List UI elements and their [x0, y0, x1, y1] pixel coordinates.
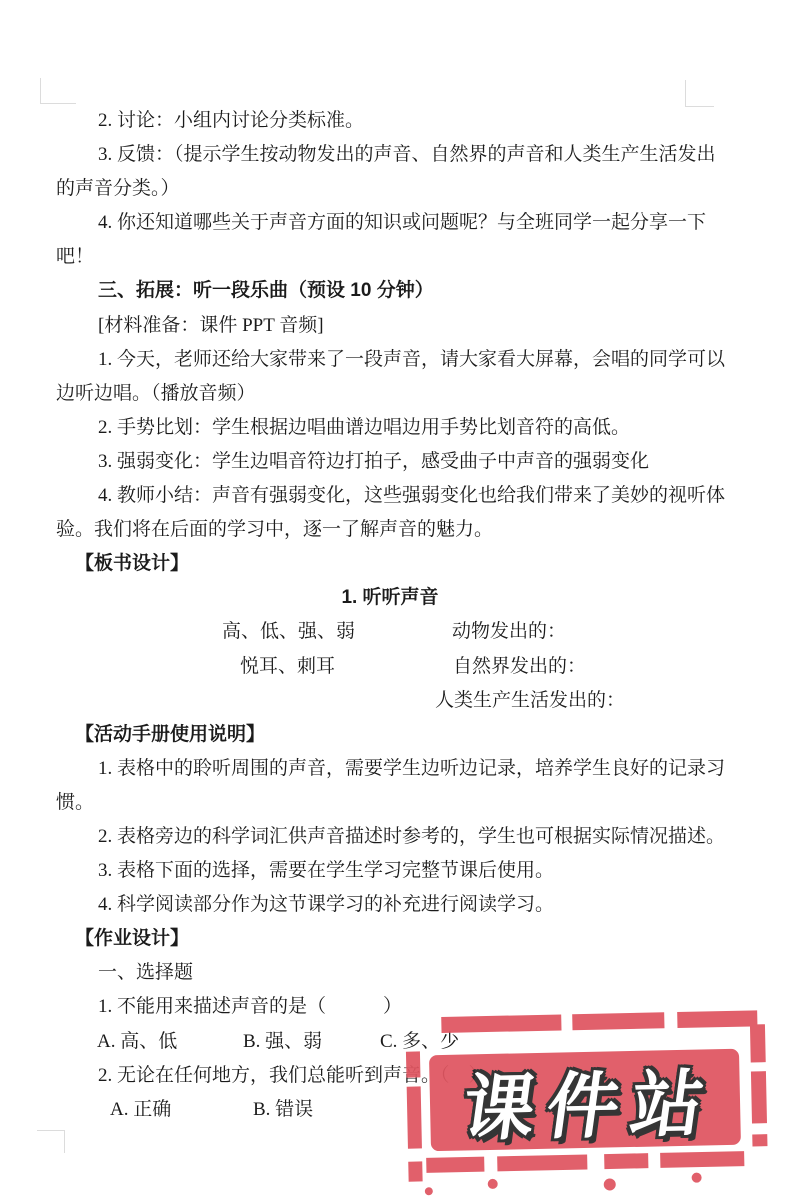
- crop-mark-bottom-left: [37, 1130, 65, 1153]
- text-segment: 2. 表格旁边的科学词汇供声音描述时参考的，学生也可根据实际情况描述。: [98, 826, 725, 847]
- text-line: 2. 表格旁边的科学词汇供声音描述时参考的，学生也可根据实际情况描述。: [56, 820, 724, 854]
- text-segment: 悦耳、刺耳: [240, 650, 335, 684]
- text-segment: 2. 讨论：小组内讨论分类标准。: [98, 110, 364, 131]
- text-segment: [材料准备：课件 PPT 音频]: [98, 315, 324, 336]
- text-segment: 【活动手册使用说明】: [75, 724, 265, 745]
- text-line: 三、拓展：听一段乐曲（预设 10 分钟）: [56, 274, 724, 308]
- crop-mark-top-right: [685, 80, 714, 107]
- text-segment: 验。我们将在后面的学习中，逐一了解声音的魅力。: [56, 519, 493, 540]
- text-segment: 1. 今天，老师还给大家带来了一段声音，请大家看大屏幕，会唱的同学可以: [98, 349, 725, 370]
- text-segment: 一、选择题: [98, 962, 193, 983]
- text-segment: 1. 听听声音: [341, 587, 438, 608]
- text-line: 4. 科学阅读部分作为这节课学习的补充进行阅读学习。: [56, 888, 724, 922]
- text-segment: 边听边唱。（播放音频）: [56, 383, 256, 404]
- text-line: 一、选择题: [56, 956, 724, 990]
- text-line: 2. 手势比划：学生根据边唱曲谱边唱边用手势比划音符的高低。: [56, 411, 724, 445]
- text-segment: 4. 教师小结：声音有强弱变化，这些强弱变化也给我们带来了美妙的视听体: [98, 485, 725, 506]
- text-line: 高、低、强、弱动物发出的：: [56, 615, 724, 649]
- text-segment: 动物发出的：: [452, 615, 566, 649]
- text-segment: 3. 强弱变化：学生边唱音符边打拍子，感受曲子中声音的强弱变化: [98, 451, 649, 472]
- text-line: 悦耳、刺耳自然界发出的：: [56, 650, 724, 684]
- text-segment: 4. 你还知道哪些关于声音方面的知识或问题呢？与全班同学一起分享一下: [98, 212, 706, 233]
- text-segment: 4. 科学阅读部分作为这节课学习的补充进行阅读学习。: [98, 894, 554, 915]
- text-segment: B. 错误: [253, 1093, 313, 1127]
- text-segment: 自然界发出的：: [453, 650, 586, 684]
- text-line: 【作业设计】: [56, 922, 724, 956]
- text-line: 惯。: [56, 786, 724, 820]
- text-line: 4. 教师小结：声音有强弱变化，这些强弱变化也给我们带来了美妙的视听体: [56, 479, 724, 513]
- text-segment: 1. 表格中的聆听周围的声音，需要学生边听边记录，培养学生良好的记录习: [98, 758, 725, 779]
- text-line: 1. 听听声音: [56, 581, 724, 615]
- text-line: 的声音分类。）: [56, 172, 724, 206]
- text-segment: A. 高、低: [97, 1025, 177, 1059]
- text-line: 人类生产生活发出的：: [56, 684, 724, 718]
- watermark-text: 课件站: [423, 1049, 746, 1152]
- text-segment: 的声音分类。）: [56, 178, 180, 199]
- text-segment: 3. 表格下面的选择，需要在学生学习完整节课后使用。: [98, 860, 554, 881]
- document-page: { "page": {"background": "#ffffff", "cro…: [0, 0, 800, 1200]
- text-line: 3. 表格下面的选择，需要在学生学习完整节课后使用。: [56, 854, 724, 888]
- watermark-stamp: 课件站: [393, 1004, 775, 1198]
- text-segment: 惯。: [56, 792, 94, 813]
- text-segment: 3. 反馈：（提示学生按动物发出的声音、自然界的声音和人类生产生活发出: [98, 144, 716, 165]
- text-line: 4. 你还知道哪些关于声音方面的知识或问题呢？与全班同学一起分享一下: [56, 206, 724, 240]
- text-segment: B. 强、弱: [243, 1025, 322, 1059]
- text-line: [材料准备：课件 PPT 音频]: [56, 309, 724, 343]
- text-line: 吧！: [56, 240, 724, 274]
- text-segment: 高、低、强、弱: [222, 615, 355, 649]
- text-line: 验。我们将在后面的学习中，逐一了解声音的魅力。: [56, 513, 724, 547]
- text-segment: 2. 手势比划：学生根据边唱曲谱边唱边用手势比划音符的高低。: [98, 417, 630, 438]
- document-body: 2. 讨论：小组内讨论分类标准。3. 反馈：（提示学生按动物发出的声音、自然界的…: [56, 104, 724, 1127]
- text-segment: 1. 不能用来描述声音的是（ ）: [98, 996, 402, 1017]
- text-segment: 吧！: [56, 246, 94, 267]
- text-segment: 三、拓展：听一段乐曲（预设 10 分钟）: [98, 280, 434, 301]
- text-line: 3. 反馈：（提示学生按动物发出的声音、自然界的声音和人类生产生活发出: [56, 138, 724, 172]
- text-segment: 【作业设计】: [75, 928, 189, 949]
- crop-mark-top-left: [40, 78, 76, 104]
- text-segment: 人类生产生活发出的：: [435, 684, 625, 718]
- text-line: 【活动手册使用说明】: [56, 718, 724, 752]
- text-line: 1. 表格中的聆听周围的声音，需要学生边听边记录，培养学生良好的记录习: [56, 752, 724, 786]
- text-line: 1. 今天，老师还给大家带来了一段声音，请大家看大屏幕，会唱的同学可以: [56, 343, 724, 377]
- text-line: 2. 讨论：小组内讨论分类标准。: [56, 104, 724, 138]
- text-line: 3. 强弱变化：学生边唱音符边打拍子，感受曲子中声音的强弱变化: [56, 445, 724, 479]
- text-segment: 【板书设计】: [75, 553, 189, 574]
- text-segment: A. 正确: [110, 1093, 171, 1127]
- text-line: 【板书设计】: [56, 547, 724, 581]
- text-line: 边听边唱。（播放音频）: [56, 377, 724, 411]
